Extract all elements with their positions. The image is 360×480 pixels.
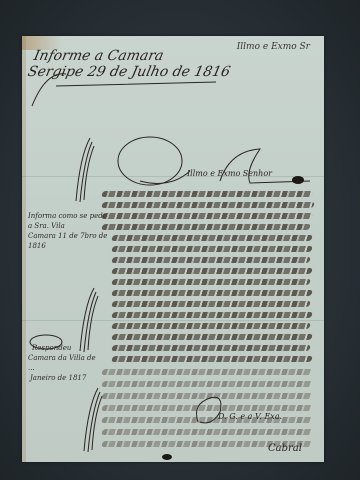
body-text-line [101, 202, 315, 208]
body-text-line [111, 279, 311, 285]
margin-note-line: Camara 11 de 7bro de [28, 232, 107, 240]
body-text-line [111, 257, 311, 263]
manuscript-page: Informe a Camara Sergipe 29 de Julho de … [22, 36, 324, 462]
margin-note-line: Camara da Villa de [28, 354, 96, 362]
salutation-flourish [110, 131, 320, 191]
corner-annotation: Illmo e Exmo Sr [237, 42, 310, 52]
body-text-line [101, 213, 313, 219]
rubric-flourish [80, 386, 104, 456]
signature: Cabral [268, 443, 302, 454]
dispatch-underline-flourish [26, 66, 226, 116]
rubric-flourish [76, 286, 100, 356]
body-text-line [101, 224, 311, 230]
bleed-through-line [101, 381, 313, 387]
body-text-line [111, 312, 313, 318]
body-text-line [111, 290, 313, 296]
margin-note-line: Janeiro de 1817 [30, 374, 86, 382]
margin-note-line: Informa como se pede [28, 212, 107, 220]
margin-note-line: Respondeu [32, 344, 71, 352]
ink-blot [162, 454, 172, 460]
margin-note-line: 1816 [28, 242, 46, 250]
margin-note-line: ... [28, 364, 35, 372]
body-text-line [111, 345, 311, 351]
ink-blot [292, 176, 304, 184]
header-dispatch-line-1: Informe a Camara [32, 48, 165, 64]
salutation: Illmo e Exmo Senhor [187, 169, 272, 178]
body-text-line [111, 334, 313, 340]
bleed-through-line [101, 369, 313, 375]
fold-line [22, 320, 324, 321]
body-text-line [111, 235, 313, 241]
body-text-line [111, 356, 313, 362]
body-text-line [111, 268, 313, 274]
body-text-line [111, 246, 313, 252]
body-text-line [111, 301, 311, 307]
body-text-line [101, 191, 313, 197]
closing-line: D. G. e a V. Exa. [218, 412, 282, 421]
body-text-line [111, 323, 311, 329]
margin-note-line: a Sra. Vila [28, 222, 65, 230]
rubric-flourish [72, 136, 96, 206]
